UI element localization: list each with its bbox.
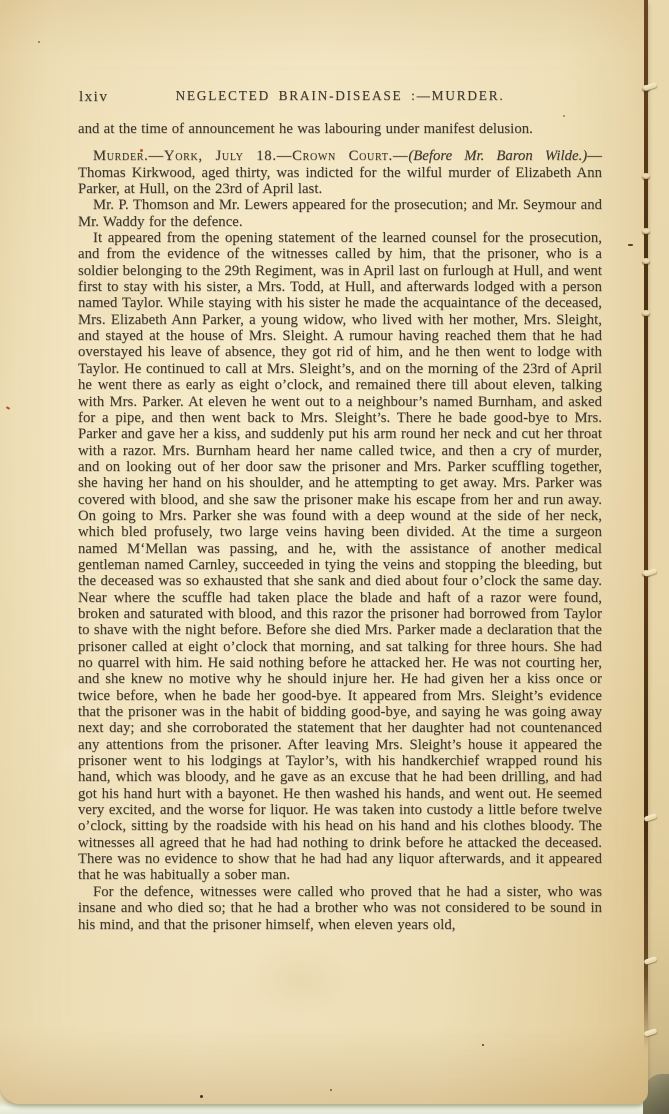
paper-speck: [200, 1095, 203, 1098]
underlying-page-edge-bottom: [0, 1103, 669, 1114]
page-edge-nick: [642, 228, 650, 234]
page-header: lxiv NEGLECTED BRAIN-DISEASE :—MURDER.: [78, 88, 602, 106]
paper-speck: [482, 1044, 484, 1046]
paper-speck: [38, 41, 40, 43]
page-edge-line: [644, 0, 648, 1050]
page: lxiv NEGLECTED BRAIN-DISEASE :—MURDER. a…: [0, 0, 648, 1104]
running-title: NEGLECTED BRAIN-DISEASE :—MURDER.: [78, 88, 602, 104]
folio-number: lxiv: [79, 89, 108, 106]
paragraph-counsel: Mr. P. Thomson and Mr. Lewers appeared f…: [78, 197, 602, 230]
page-edge-nick: [642, 173, 650, 179]
scanned-book-page: lxiv NEGLECTED BRAIN-DISEASE :—MURDER. a…: [0, 0, 669, 1114]
paragraph-continuation: and at the time of announcement he was l…: [78, 121, 602, 137]
case-heading-italic: (Before Mr. Baron Wilde.): [408, 148, 587, 164]
paper-speck: [330, 1089, 332, 1091]
page-edge-nick: [642, 258, 650, 264]
underlying-page-edge-right: [647, 0, 669, 1114]
paragraph-defence: For the defence, witnesses were called w…: [78, 884, 602, 933]
page-edge-nick: [642, 310, 650, 316]
paragraph-case-report: Murder.—York, July 18.—Crown Court.—(Bef…: [78, 148, 602, 197]
paper-speck: [563, 115, 565, 117]
paper-speck: [140, 149, 143, 152]
paper-speck: [628, 244, 633, 246]
page-body: and at the time of announcement he was l…: [78, 121, 602, 933]
paragraph-evidence: It appeared from the opening statement o…: [78, 230, 602, 884]
